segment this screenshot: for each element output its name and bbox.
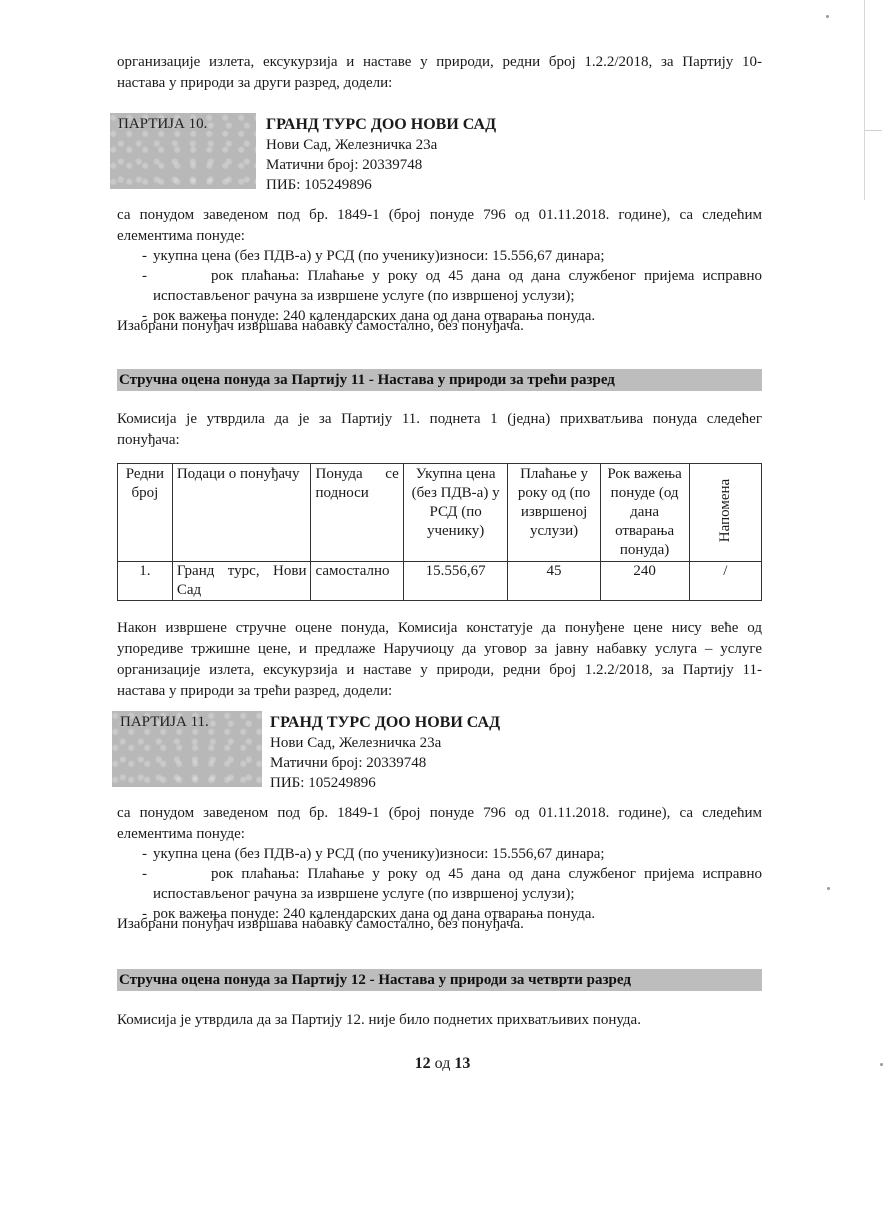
cell-submission: самостално [311, 562, 403, 601]
cell-payment-days: 45 [508, 562, 600, 601]
section-heading-lot-11: Стручна оцена понуда за Партију 11 - Нас… [117, 369, 762, 391]
text-line: Комисија је утврдила да за Партију 12. н… [117, 1012, 641, 1028]
scan-edge-line [864, 0, 865, 200]
page-total: 13 [454, 1055, 470, 1072]
text-line: понуђача: [117, 430, 762, 451]
offer-element-payment: - рок плаћања: Плаћање у року од 45 дана… [117, 266, 762, 306]
scan-speck [826, 15, 829, 18]
offer-element-price: - укупна цена (без ПДВ-а) у РСД (по учен… [117, 246, 762, 266]
col-header-submission: Понуда се подноси [311, 464, 403, 562]
section-heading-lot-12: Стручна оцена понуда за Партију 12 - Нас… [117, 969, 762, 991]
awardee-info: ГРАНД ТУРС ДОО НОВИ САД Нови Сад, Железн… [266, 115, 496, 195]
text-line: Комисија је утврдила да је за Партију 11… [117, 409, 762, 430]
cell-note: / [689, 562, 761, 601]
page-separator: од [435, 1055, 451, 1072]
page-current: 12 [415, 1055, 431, 1072]
award-block-lot-11: ПАРТИЈА 11. ГРАНД ТУРС ДОО НОВИ САД Нови… [110, 711, 770, 787]
bullet-text: укупна цена (без ПДВ-а) у РСД (по ученик… [153, 248, 605, 264]
bidder-line: Сад [177, 582, 201, 598]
text-line: упоредиве тржишне цене, и предлаже Наруч… [117, 639, 762, 660]
awardee-info: ГРАНД ТУРС ДОО НОВИ САД Нови Сад, Железн… [270, 713, 500, 793]
section-11-intro: Комисија је утврдила да је за Партију 11… [117, 409, 762, 451]
bullet-text-continued: испостављеног рачуна за извршене услуге … [153, 886, 575, 902]
col-header-price: Укупна цена (без ПДВ-а) у РСД (по ученик… [403, 464, 508, 562]
cell-price: 15.556,67 [403, 562, 508, 601]
col-header-bidder: Подаци о понуђачу [172, 464, 311, 562]
bids-table: Редни број Подаци о понуђачу Понуда се п… [117, 463, 762, 601]
company-reg-number: Матични број: 20339748 [270, 753, 500, 773]
closing-text: Изабрани понуђач извршава набавку самост… [117, 916, 524, 932]
text-line: са понудом заведеном под бр. 1849-1 (бро… [117, 205, 762, 226]
scan-speck [827, 887, 830, 890]
document-page: организације излета, ексукурзија и наста… [0, 0, 885, 1227]
lot-badge: ПАРТИЈА 11. [112, 711, 262, 787]
col-header-note: Напомена [689, 464, 761, 562]
col-header-number: Редни број [118, 464, 173, 562]
company-address: Нови Сад, Железничка 23а [270, 733, 500, 753]
offer-closing-lot-11: Изабрани понуђач извршава набавку самост… [117, 914, 762, 935]
text-line: елементима понуде: [117, 226, 762, 247]
offer-element-payment: - рок плаћања: Плаћање у року од 45 дана… [117, 864, 762, 904]
lot-label: ПАРТИЈА 11. [120, 714, 209, 731]
page-number: 12 од 13 [0, 1055, 885, 1073]
bullet-text-continued: испостављеног рачуна за извршене услуге … [153, 288, 575, 304]
text-line: Након извршене стручне оцене понуда, Ком… [117, 618, 762, 639]
table-header-row: Редни број Подаци о понуђачу Понуда се п… [118, 464, 762, 562]
text-line: настава у природи за трећи разред, додел… [117, 681, 762, 702]
bidder-line: Гранд турс, Нови [177, 562, 307, 581]
scan-edge-mark [864, 130, 882, 131]
bullet-dash: - [142, 246, 147, 266]
company-tax-id: ПИБ: 105249896 [266, 175, 496, 195]
cell-bidder: Гранд турс, Нови Сад [172, 562, 311, 601]
section-11-conclusion: Након извршене стручне оцене понуда, Ком… [117, 618, 762, 702]
bullet-dash: - [142, 844, 147, 864]
table-row: 1. Гранд турс, Нови Сад самостално 15.55… [118, 562, 762, 601]
company-reg-number: Матични број: 20339748 [266, 155, 496, 175]
closing-text: Изабрани понуђач извршава набавку самост… [117, 318, 524, 334]
offer-intro-lot-10: са понудом заведеном под бр. 1849-1 (бро… [117, 205, 762, 247]
text-line: организације излета, ексукурзија и наста… [117, 660, 762, 681]
offer-closing-lot-10: Изабрани понуђач извршава набавку самост… [117, 316, 762, 337]
bullet-text: укупна цена (без ПДВ-а) у РСД (по ученик… [153, 846, 605, 862]
offer-elements-lot-10: - укупна цена (без ПДВ-а) у РСД (по учен… [117, 246, 762, 326]
company-address: Нови Сад, Железничка 23а [266, 135, 496, 155]
text-line: елементима понуде: [117, 824, 762, 845]
award-block-lot-10: ПАРТИЈА 10. ГРАНД ТУРС ДОО НОВИ САД Нови… [110, 113, 770, 189]
bullet-text: рок плаћања: Плаћање у року од 45 дана о… [153, 864, 762, 884]
text-line: са понудом заведеном под бр. 1849-1 (бро… [117, 803, 762, 824]
col-header-validity: Рок важења понуде (од дана отварања пону… [600, 464, 689, 562]
offer-elements-lot-11: - укупна цена (без ПДВ-а) у РСД (по учен… [117, 844, 762, 924]
company-name: ГРАНД ТУРС ДОО НОВИ САД [270, 713, 500, 733]
cell-number: 1. [118, 562, 173, 601]
lot-badge: ПАРТИЈА 10. [110, 113, 256, 189]
company-tax-id: ПИБ: 105249896 [270, 773, 500, 793]
text-line: организације излета, ексукурзија и наста… [117, 52, 762, 73]
offer-intro-lot-11: са понудом заведеном под бр. 1849-1 (бро… [117, 803, 762, 845]
col-header-payment: Плаћање у року од (по извршеној услузи) [508, 464, 600, 562]
text-line: настава у природи за други разред, додел… [117, 73, 762, 94]
bullet-dash: - [142, 266, 147, 286]
cell-validity-days: 240 [600, 562, 689, 601]
note-header-text: Напомена [716, 479, 735, 542]
intro-continuation: организације излета, ексукурзија и наста… [117, 52, 762, 94]
offer-element-price: - укупна цена (без ПДВ-а) у РСД (по учен… [117, 844, 762, 864]
company-name: ГРАНД ТУРС ДОО НОВИ САД [266, 115, 496, 135]
section-12-text: Комисија је утврдила да за Партију 12. н… [117, 1010, 762, 1031]
bullet-dash: - [142, 864, 147, 884]
bullet-text: рок плаћања: Плаћање у року од 45 дана о… [153, 266, 762, 286]
lot-label: ПАРТИЈА 10. [118, 116, 207, 133]
